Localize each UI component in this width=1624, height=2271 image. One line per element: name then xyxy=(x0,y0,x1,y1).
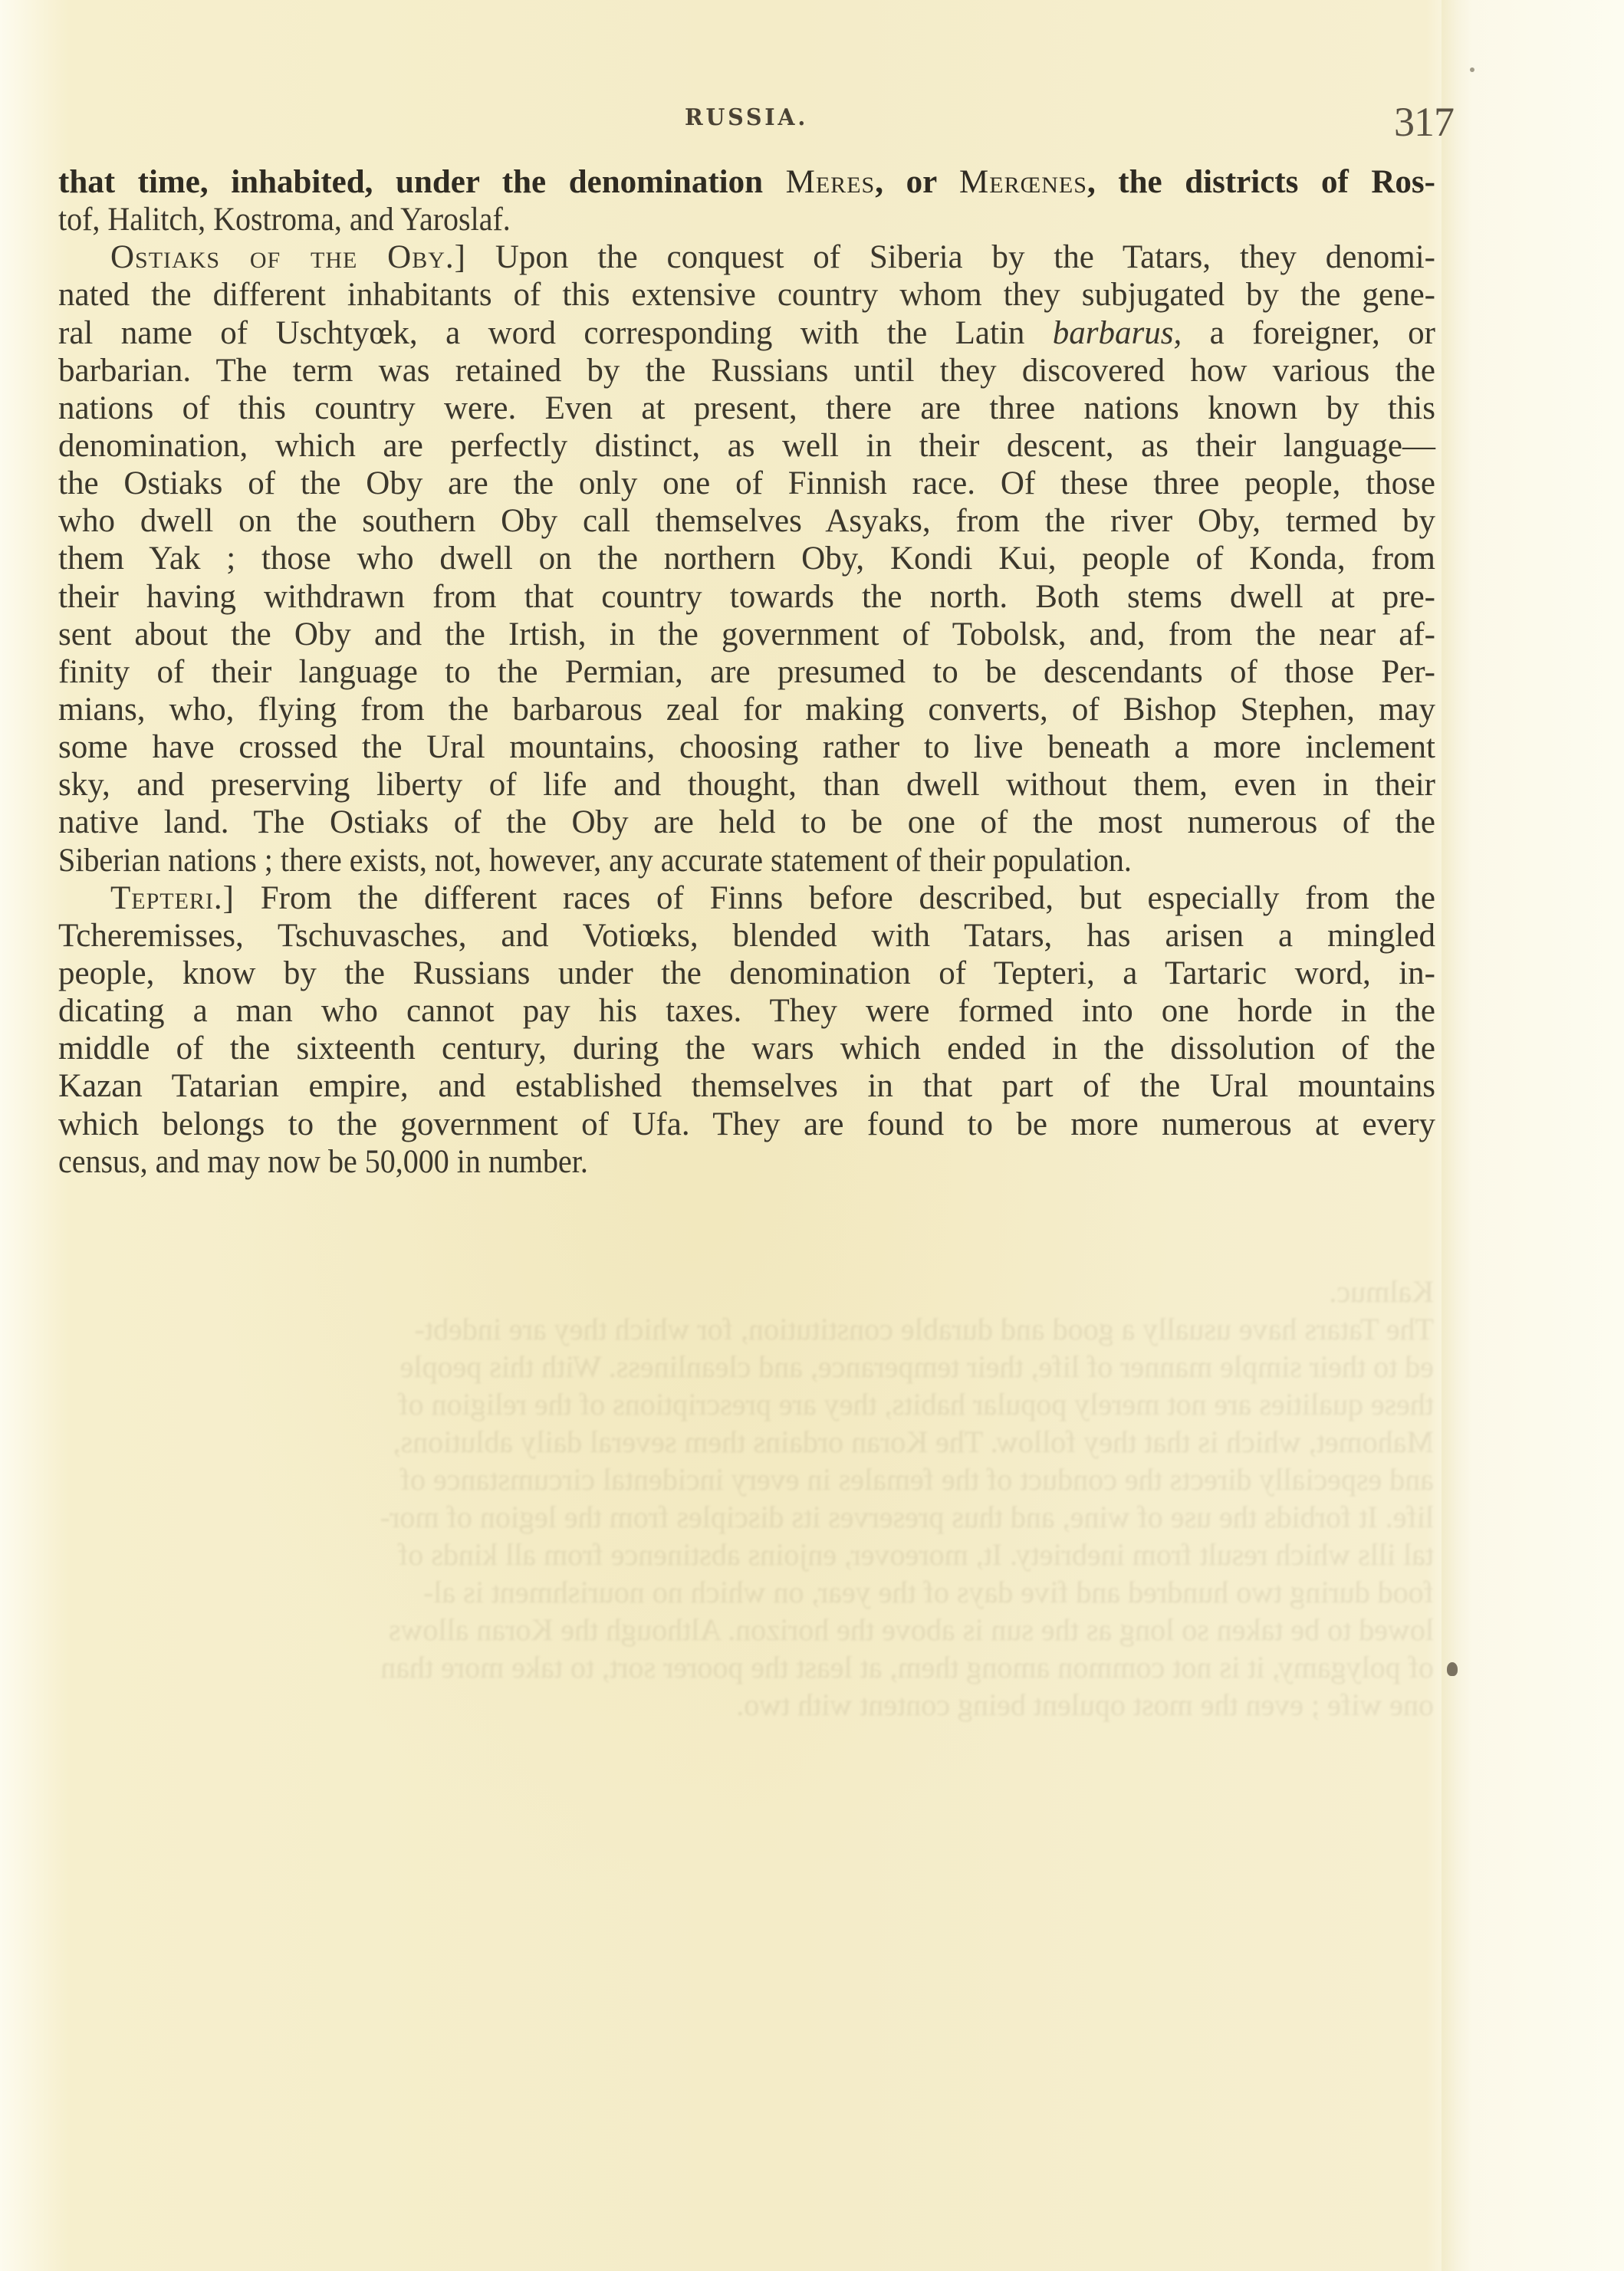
text-line-content: who dwell on the southern Oby call thems… xyxy=(58,502,1435,540)
text-line-content: census, and may now be 50,000 in number. xyxy=(58,1143,588,1181)
text-line: them Yak ; those who dwell on the northe… xyxy=(58,540,1435,577)
text-line-content: nated the different inhabitants of this … xyxy=(58,276,1435,314)
ink-blot xyxy=(1447,1662,1458,1676)
text-line-content: sky, and preserving liberty of life and … xyxy=(58,766,1435,804)
page-number: 317 xyxy=(1394,98,1454,146)
text-line: finity of their language to the Permian,… xyxy=(58,653,1435,691)
show-through-line: of polygamy, it is not common among them… xyxy=(61,1648,1434,1686)
text-line: Tepteri.] From the different races of Fi… xyxy=(58,879,1435,917)
text-line: denomination, which are perfectly distin… xyxy=(58,427,1435,465)
text-line: Ostiaks of the Oby.] Upon the conquest o… xyxy=(58,238,1435,276)
text-line-content: people, know by the Russians under the d… xyxy=(58,955,1435,992)
text-line-content: mians, who, flying from the barbarous ze… xyxy=(58,691,1435,728)
text-line: tof, Halitch, Kostroma, and Yaroslaf. xyxy=(58,201,1435,238)
show-through-line: and especially directs the conduct of th… xyxy=(61,1461,1434,1498)
text-line: some have crossed the Ural mountains, ch… xyxy=(58,728,1435,766)
text-line-content: which belongs to the government of Ufa. … xyxy=(58,1106,1435,1143)
show-through-line: Mahomet, which is that they follow. The … xyxy=(61,1423,1434,1461)
text-line-content: nations of this country were. Even at pr… xyxy=(58,389,1435,427)
text-line: native land. The Ostiaks of the Oby are … xyxy=(58,804,1435,841)
text-line-content: their having withdrawn from that country… xyxy=(58,578,1435,616)
text-line: Tcheremisses, Tschuvasches, and Votiœks,… xyxy=(58,917,1435,955)
text-line: sent about the Oby and the Irtish, in th… xyxy=(58,616,1435,653)
text-line-content: them Yak ; those who dwell on the northe… xyxy=(58,540,1435,577)
text-line-content: native land. The Ostiaks of the Oby are … xyxy=(58,804,1435,841)
text-line: who dwell on the southern Oby call thems… xyxy=(58,502,1435,540)
show-through-line: one wife ; even the most opulent being c… xyxy=(61,1686,1434,1724)
section-heading: Ostiaks of the Oby.] xyxy=(110,239,466,275)
body-text: that time, inhabited, under the denomina… xyxy=(58,163,1435,1181)
paper-speck xyxy=(1470,67,1474,72)
running-head: RUSSIA. xyxy=(685,104,808,131)
text-line: sky, and preserving liberty of life and … xyxy=(58,766,1435,804)
text-line: which belongs to the government of Ufa. … xyxy=(58,1106,1435,1143)
section-heading: Tepteri.] xyxy=(110,880,235,916)
text-line: nations of this country were. Even at pr… xyxy=(58,389,1435,427)
show-through-line: The Tatars have usually a good and durab… xyxy=(61,1310,1434,1348)
text-line: that time, inhabited, under the denomina… xyxy=(58,163,1435,201)
text-line: nated the different inhabitants of this … xyxy=(58,276,1435,314)
text-line: people, know by the Russians under the d… xyxy=(58,955,1435,992)
text-line: middle of the sixteenth century, during … xyxy=(58,1030,1435,1067)
show-through-line: food during two hundred and five days of… xyxy=(61,1573,1434,1611)
text-line: mians, who, flying from the barbarous ze… xyxy=(58,691,1435,728)
text-line-content: the Ostiaks of the Oby are the only one … xyxy=(58,465,1435,502)
text-line: Kazan Tatarian empire, and established t… xyxy=(58,1067,1435,1105)
text-line-content: some have crossed the Ural mountains, ch… xyxy=(58,728,1435,766)
text-line-content: sent about the Oby and the Irtish, in th… xyxy=(58,616,1435,653)
text-line-content: Tcheremisses, Tschuvasches, and Votiœks,… xyxy=(58,917,1435,955)
show-through-line: lowed to be taken so long as the sun is … xyxy=(61,1611,1434,1648)
scanned-book-page: Kalmuc.The Tatars have usually a good an… xyxy=(0,0,1624,2271)
text-line: the Ostiaks of the Oby are the only one … xyxy=(58,465,1435,502)
show-through-line: tal ills which result from inebriety. It… xyxy=(61,1536,1434,1573)
show-through-line: Kalmuc. xyxy=(61,1273,1434,1310)
text-line-content: denomination, which are perfectly distin… xyxy=(58,427,1435,465)
text-line-content: finity of their language to the Permian,… xyxy=(58,653,1435,691)
text-line: barbarian. The term was retained by the … xyxy=(58,352,1435,389)
show-through-line: ed to their simple manner of life, their… xyxy=(61,1348,1434,1385)
text-line: ral name of Uschtyœk, a word correspondi… xyxy=(58,314,1435,352)
text-line-content: Ostiaks of the Oby.] Upon the conquest o… xyxy=(110,238,1435,276)
text-line: census, and may now be 50,000 in number. xyxy=(58,1143,1435,1181)
show-through-text-from-reverse: Kalmuc.The Tatars have usually a good an… xyxy=(61,1273,1434,1724)
text-line-content: middle of the sixteenth century, during … xyxy=(58,1030,1435,1067)
text-line-content: Tepteri.] From the different races of Fi… xyxy=(110,879,1435,917)
text-line-content: Kazan Tatarian empire, and established t… xyxy=(58,1067,1435,1105)
text-line-content: dicating a man who cannot pay his taxes.… xyxy=(58,992,1435,1030)
text-line: Siberian nations ; there exists, not, ho… xyxy=(58,842,1435,879)
show-through-line: these qualities are not merely popular h… xyxy=(61,1385,1434,1423)
text-line-content: Siberian nations ; there exists, not, ho… xyxy=(58,842,1132,879)
show-through-line: life. It forbids the use of wine, and th… xyxy=(61,1498,1434,1536)
text-line: dicating a man who cannot pay his taxes.… xyxy=(58,992,1435,1030)
text-line-content: barbarian. The term was retained by the … xyxy=(58,352,1435,389)
text-line-content: ral name of Uschtyœk, a word correspondi… xyxy=(58,314,1435,352)
page-edge-shading xyxy=(1442,0,1472,2271)
text-line-content: tof, Halitch, Kostroma, and Yaroslaf. xyxy=(58,201,511,238)
text-line-content: that time, inhabited, under the denomina… xyxy=(58,163,1435,201)
text-line: their having withdrawn from that country… xyxy=(58,578,1435,616)
